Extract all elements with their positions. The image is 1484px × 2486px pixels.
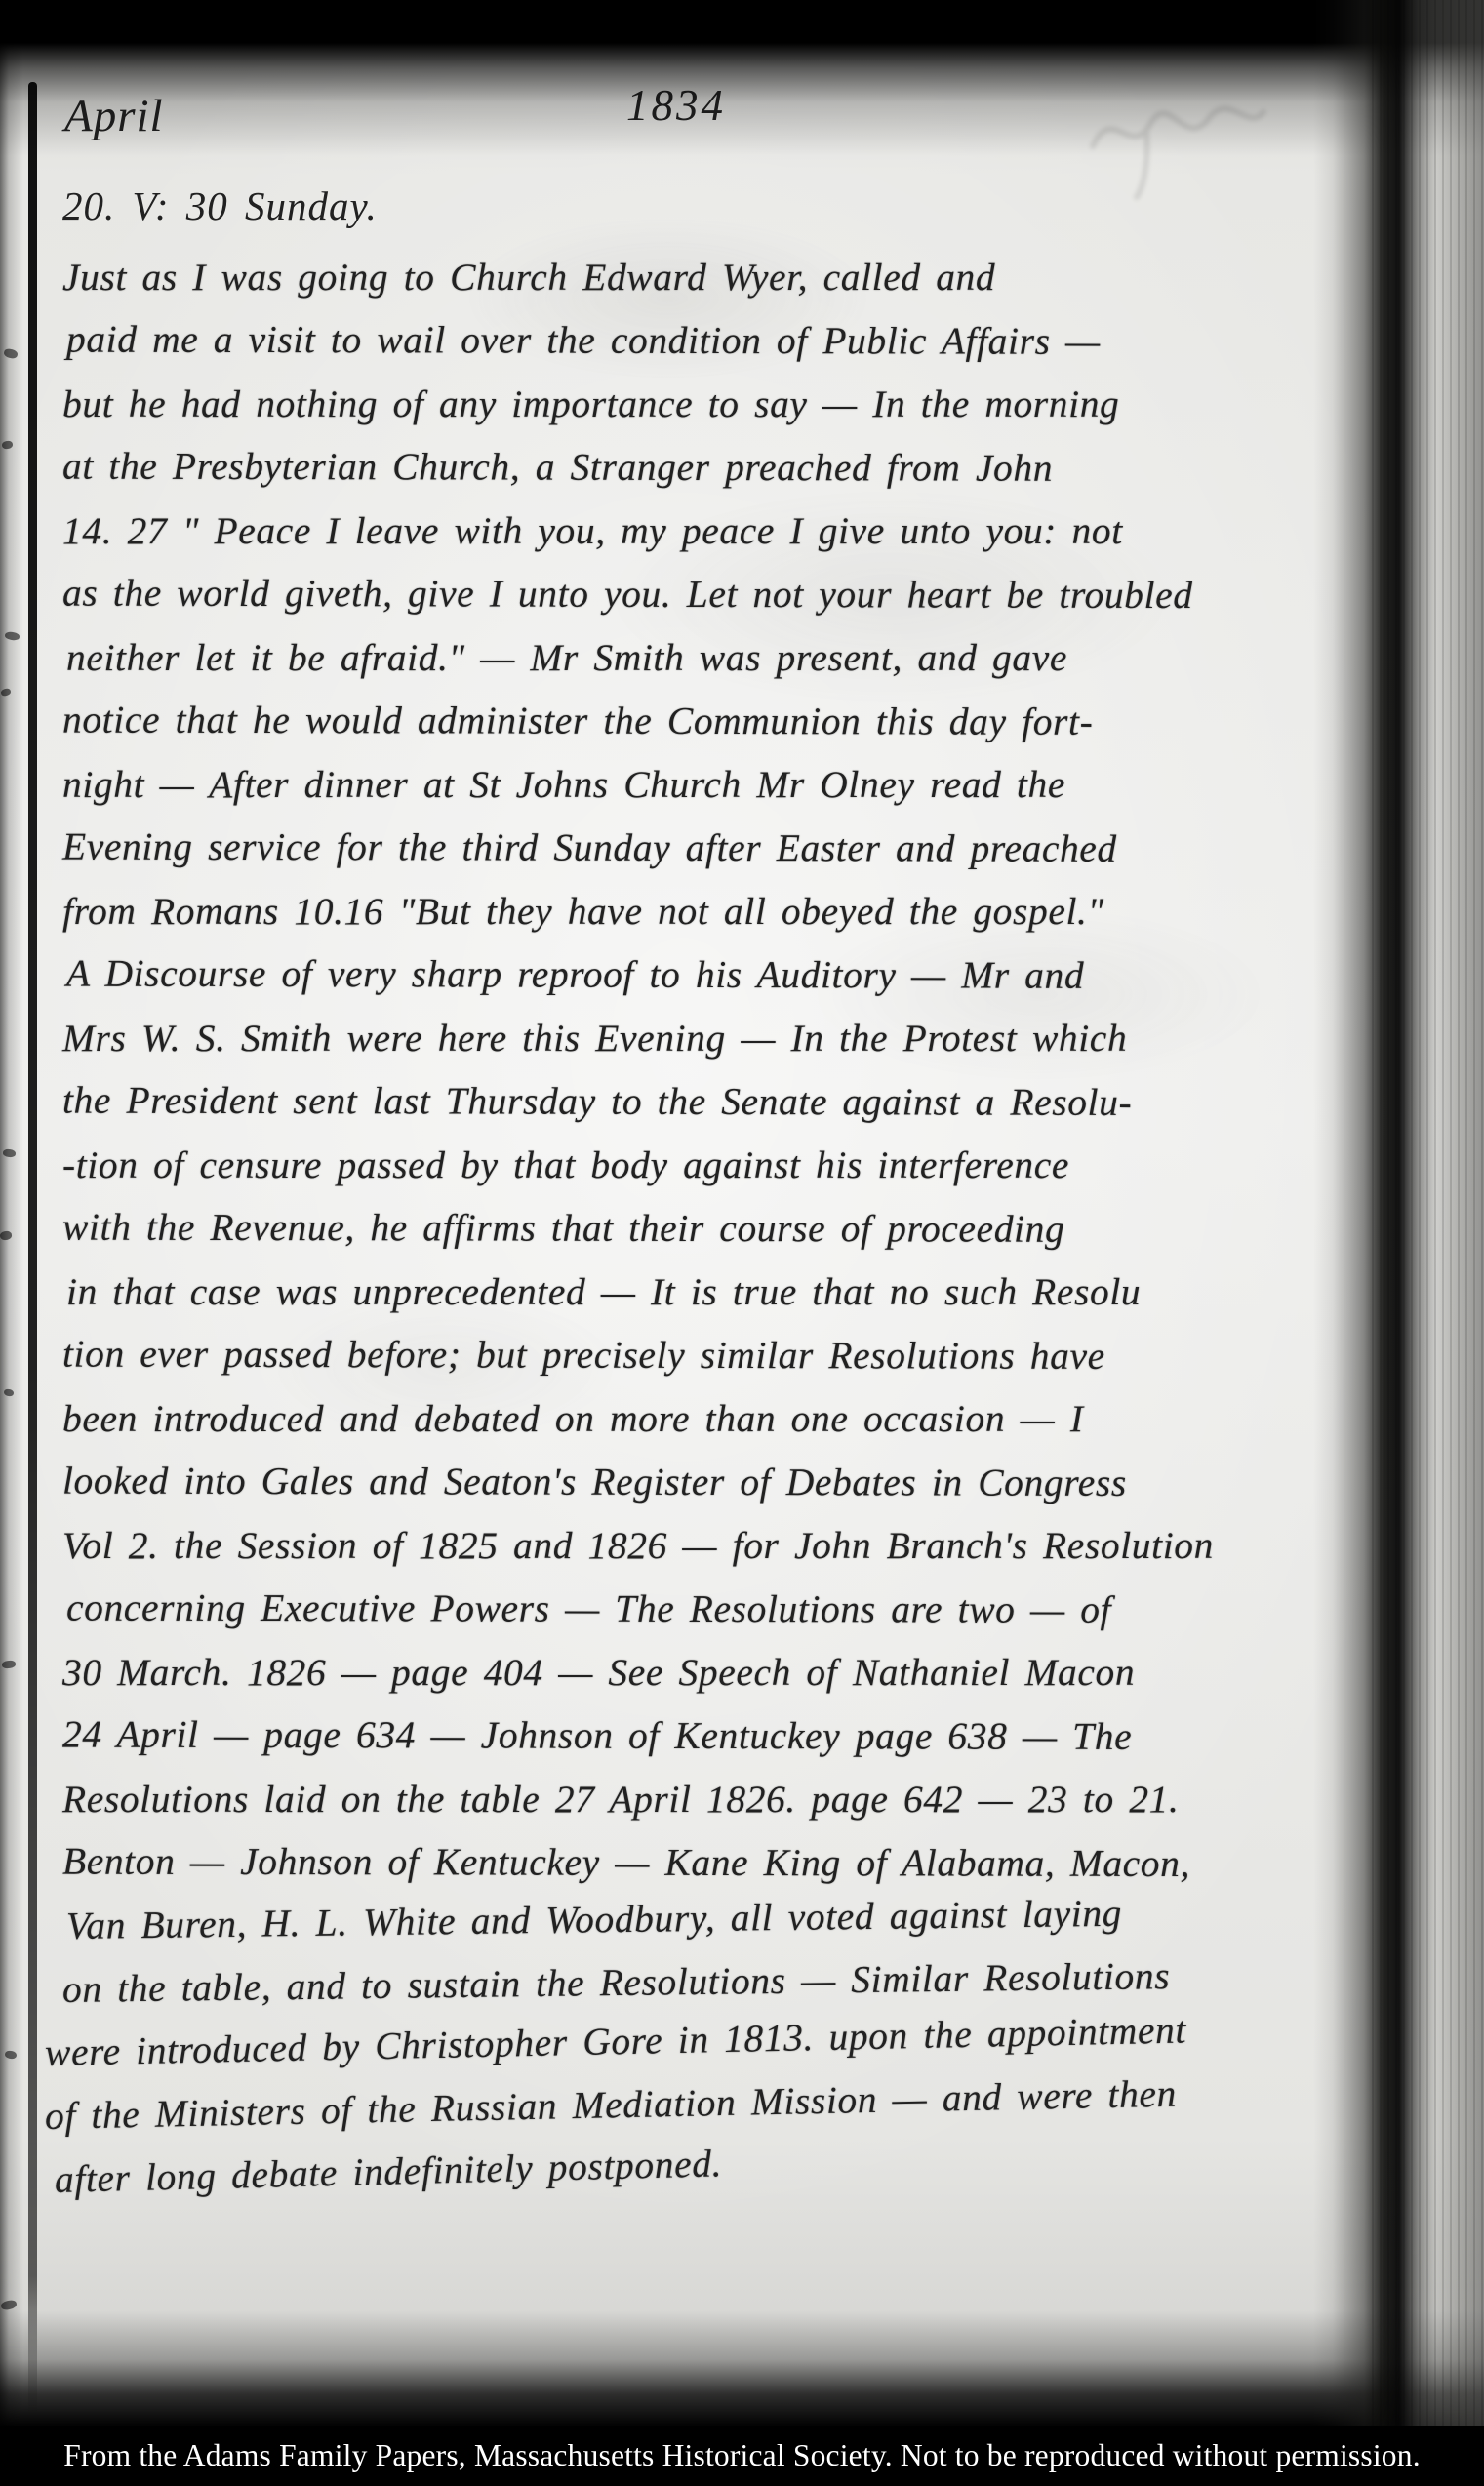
diary-line: 30 March. 1826 — page 404 — See Speech o… <box>62 1641 1343 1704</box>
page-margin-line <box>28 82 37 2416</box>
diary-line: A Discourse of very sharp reproof to his… <box>66 942 1343 1009</box>
diary-line: concerning Executive Powers — The Resolu… <box>66 1577 1343 1643</box>
diary-line: looked into Gales and Seaton's Register … <box>62 1450 1343 1516</box>
diary-line: night — After dinner at St Johns Church … <box>62 753 1343 817</box>
diary-line: 24 April — page 634 — Johnson of Kentuck… <box>62 1704 1343 1770</box>
diary-line: but he had nothing of any importance to … <box>62 373 1343 436</box>
scanned-diary-page: April 1834 20. V: 30 Sunday. Just as I w… <box>0 0 1484 2486</box>
entry-body: Just as I was going to Church Edward Wye… <box>62 246 1343 2212</box>
entry-date-line: 20. V: 30 Sunday. <box>62 176 1343 236</box>
diary-line: from Romans 10.16 "But they have not all… <box>62 880 1343 943</box>
diary-line: Evening service for the third Sunday aft… <box>62 816 1343 882</box>
credit-text: From the Adams Family Papers, Massachuse… <box>63 2438 1421 2473</box>
diary-line: as the world giveth, give I unto you. Le… <box>62 562 1343 628</box>
diary-line: Vol 2. the Session of 1825 and 1826 — fo… <box>62 1514 1343 1578</box>
diary-line: been introduced and debated on more than… <box>62 1387 1343 1451</box>
diary-line: paid me a visit to wail over the conditi… <box>66 308 1343 375</box>
diary-entry: April 1834 20. V: 30 Sunday. Just as I w… <box>62 86 1343 2212</box>
diary-line: the President sent last Thursday to the … <box>62 1069 1343 1136</box>
diary-line: tion ever passed before; but precisely s… <box>62 1323 1343 1389</box>
entry-header: April 1834 <box>62 86 1343 176</box>
diary-line: at the Presbyterian Church, a Stranger p… <box>62 435 1343 501</box>
diary-line: neither let it be afraid." — Mr Smith wa… <box>66 626 1343 690</box>
credit-footer: From the Adams Family Papers, Massachuse… <box>0 2426 1484 2486</box>
diary-line: -tion of censure passed by that body aga… <box>62 1134 1343 1197</box>
entry-year: 1834 <box>626 80 726 131</box>
diary-line: 14. 27 " Peace I leave with you, my peac… <box>62 500 1343 563</box>
diary-line: Just as I was going to Church Edward Wye… <box>62 246 1343 309</box>
diary-line: notice that he would administer the Comm… <box>62 689 1343 755</box>
entry-month: April <box>64 90 164 142</box>
diary-line: Mrs W. S. Smith were here this Evening —… <box>62 1007 1343 1070</box>
diary-line: with the Revenue, he affirms that their … <box>62 1196 1343 1263</box>
diary-line: in that case was unprecedented — It is t… <box>66 1261 1343 1324</box>
diary-line: Resolutions laid on the table 27 April 1… <box>62 1768 1343 1831</box>
